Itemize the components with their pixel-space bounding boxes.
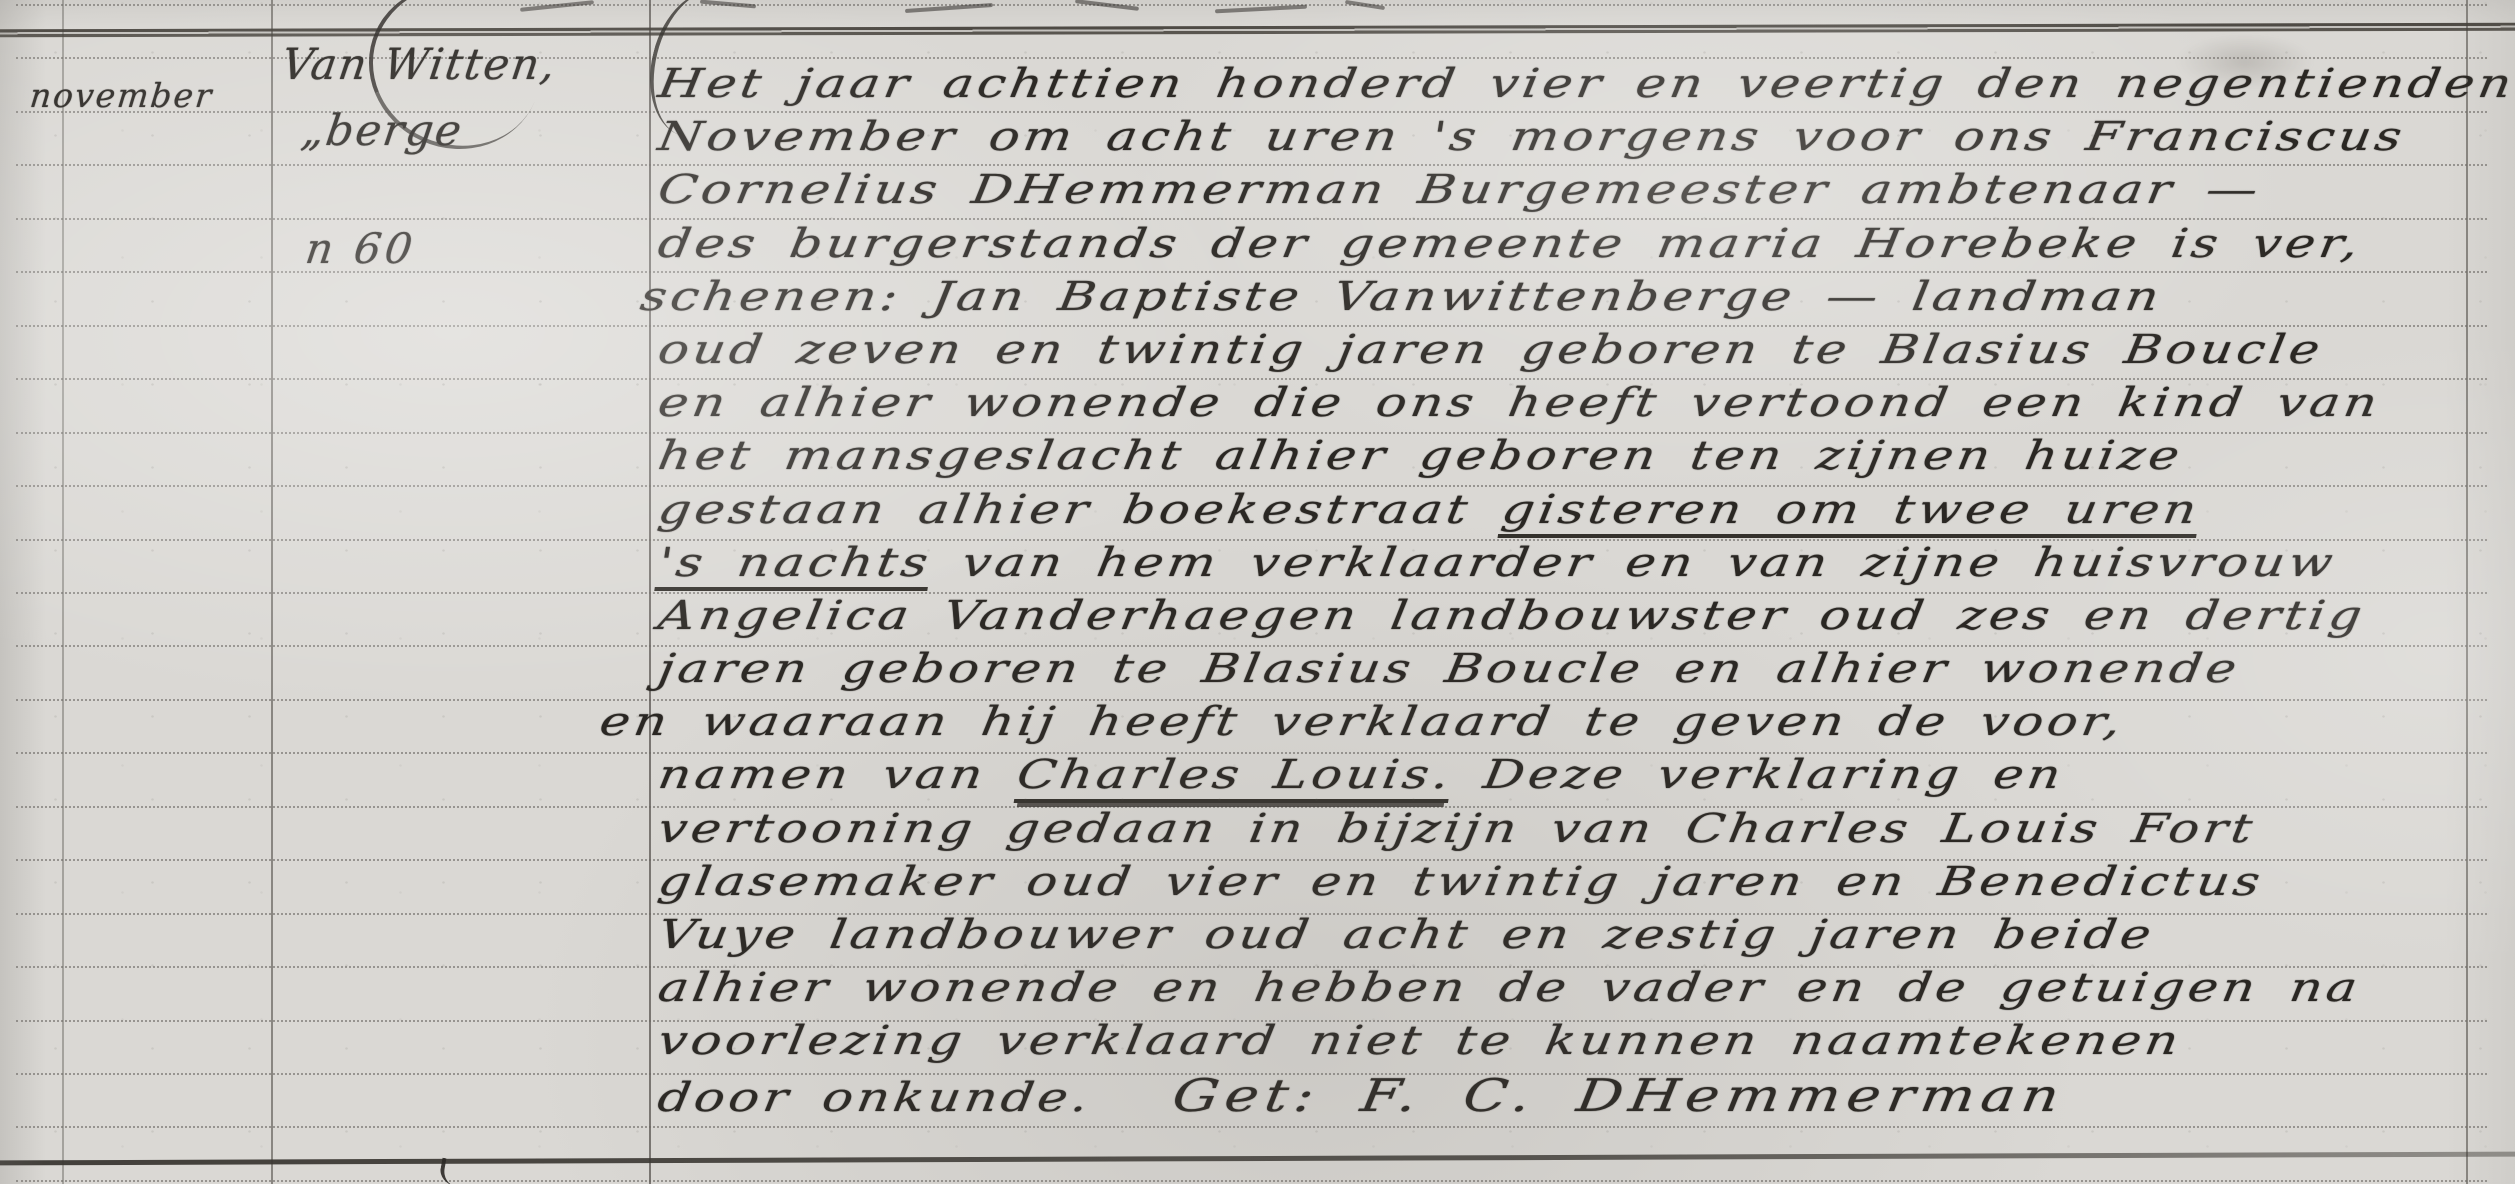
record-line: Angelica Vanderhaegen landbouwster oud z… — [654, 590, 2478, 643]
record-line: vertooning gedaan in bijzijn van Charles… — [654, 803, 2478, 856]
dotted-rule-line — [16, 4, 2487, 6]
record-line: en alhier wonende die ons heeft vertoond… — [654, 377, 2478, 430]
record-line: oud zeven en twintig jaren geboren te Bl… — [654, 324, 2478, 377]
record-line: schenen: Jan Baptiste Vanwittenberge — l… — [637, 271, 2479, 324]
dotted-rule-line — [16, 1126, 2487, 1128]
record-line: Vuye landbouwer oud acht en zestig jaren… — [654, 909, 2478, 962]
record-line: voorlezing verklaard niet te kunnen naam… — [654, 1015, 2478, 1068]
underlined-given-names: Charles Louis. — [1013, 752, 1456, 803]
underlined-phrase: 's nachts — [654, 540, 935, 591]
record-line: namen van Charles Louis. Deze verklaring… — [654, 749, 2478, 802]
record-closing-line: door onkunde.Get: F. C. DHemmerman — [654, 1069, 2478, 1122]
record-line: des burgerstands der gemeente maria Hore… — [654, 218, 2478, 271]
record-line: het mansgeslacht alhier geboren ten zijn… — [654, 430, 2478, 483]
margin-act-number: n 60 — [302, 224, 419, 274]
record-line: November om acht uren 's morgens voor on… — [654, 111, 2478, 164]
margin-surname-line2: „berge — [298, 106, 466, 156]
record-body: Het jaar achttien honderd vier en veerti… — [656, 58, 2472, 1122]
vertical-rule-name-column — [649, 0, 651, 1184]
record-line: gestaan alhier boekestraat gisteren om t… — [654, 484, 2478, 537]
record-line: en waaraan hij heeft verklaard te geven … — [596, 696, 2479, 749]
dotted-rule-line — [16, 1180, 2487, 1182]
scanned-register-page: november Van Witten, „berge n 60 Het jaa… — [0, 0, 2515, 1184]
record-line: Cornelius DHemmerman Burgemeester ambten… — [654, 164, 2478, 217]
record-line: glasemaker oud vier en twintig jaren en … — [654, 856, 2478, 909]
margin-surname-line1: Van Witten, — [278, 40, 560, 90]
vertical-rule-left-edge — [62, 0, 64, 1184]
closing-phrase: door onkunde. — [655, 1075, 1096, 1121]
record-line: jaren geboren te Blasius Boucle en alhie… — [654, 643, 2478, 696]
record-line: Het jaar achttien honderd vier en veerti… — [654, 58, 2478, 111]
underlined-phrase: gisteren om twee uren — [1498, 487, 2204, 538]
record-line: alhier wonende en hebben de vader en de … — [654, 962, 2478, 1015]
vertical-rule-month-column — [271, 0, 273, 1184]
margin-month-label: november — [28, 76, 215, 116]
record-line: 's nachts van hem verklaarder en van zij… — [654, 537, 2478, 590]
registrar-signature: Get: F. C. DHemmerman — [1169, 1069, 2069, 1122]
